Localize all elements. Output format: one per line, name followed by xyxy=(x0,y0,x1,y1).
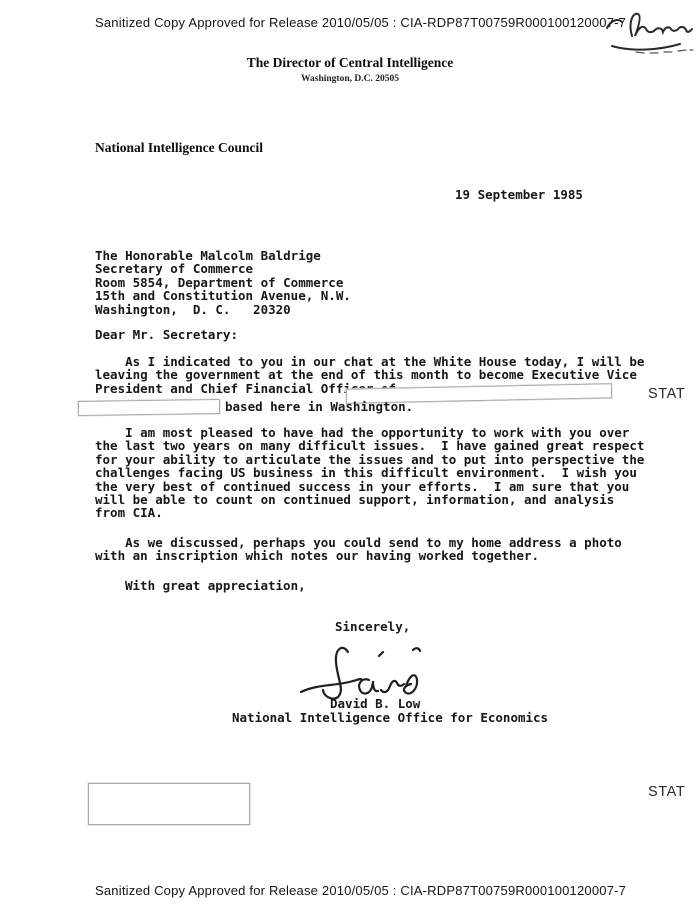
signature-icon xyxy=(293,640,428,704)
stat-annotation-bottom: STAT xyxy=(648,784,685,800)
release-stamp-header: Sanitized Copy Approved for Release 2010… xyxy=(95,15,626,30)
release-stamp-footer: Sanitized Copy Approved for Release 2010… xyxy=(95,883,626,898)
scanned-letter-page: Sanitized Copy Approved for Release 2010… xyxy=(0,0,700,906)
closing: Sincerely, xyxy=(335,620,410,633)
letterhead-location: Washington, D.C. 20505 xyxy=(0,74,700,84)
redaction-box-bottom xyxy=(88,783,250,825)
body-paragraph-2: I am most pleased to have had the opport… xyxy=(95,426,644,520)
valediction: With great appreciation, xyxy=(125,579,306,592)
body-paragraph-1-continuation: based here in Washington. xyxy=(225,400,413,413)
letter-date: 19 September 1985 xyxy=(455,188,583,201)
signature-handwriting xyxy=(293,640,428,704)
stat-annotation-top: STAT xyxy=(648,386,685,402)
body-paragraph-3: As we discussed, perhaps you could send … xyxy=(95,536,622,563)
signer-office: National Intelligence Office for Economi… xyxy=(232,711,548,724)
salutation: Dear Mr. Secretary: xyxy=(95,328,238,341)
letterhead-office: National Intelligence Council xyxy=(95,140,263,156)
recipient-address-block: The Honorable Malcolm Baldrige Secretary… xyxy=(95,249,351,316)
signer-name: David B. Low xyxy=(330,697,420,710)
chrono-handwritten-note xyxy=(602,6,696,58)
handwriting-scribble-icon xyxy=(602,6,696,58)
letterhead-title: The Director of Central Intelligence xyxy=(0,55,700,71)
redaction-box-inline-2 xyxy=(78,399,220,416)
